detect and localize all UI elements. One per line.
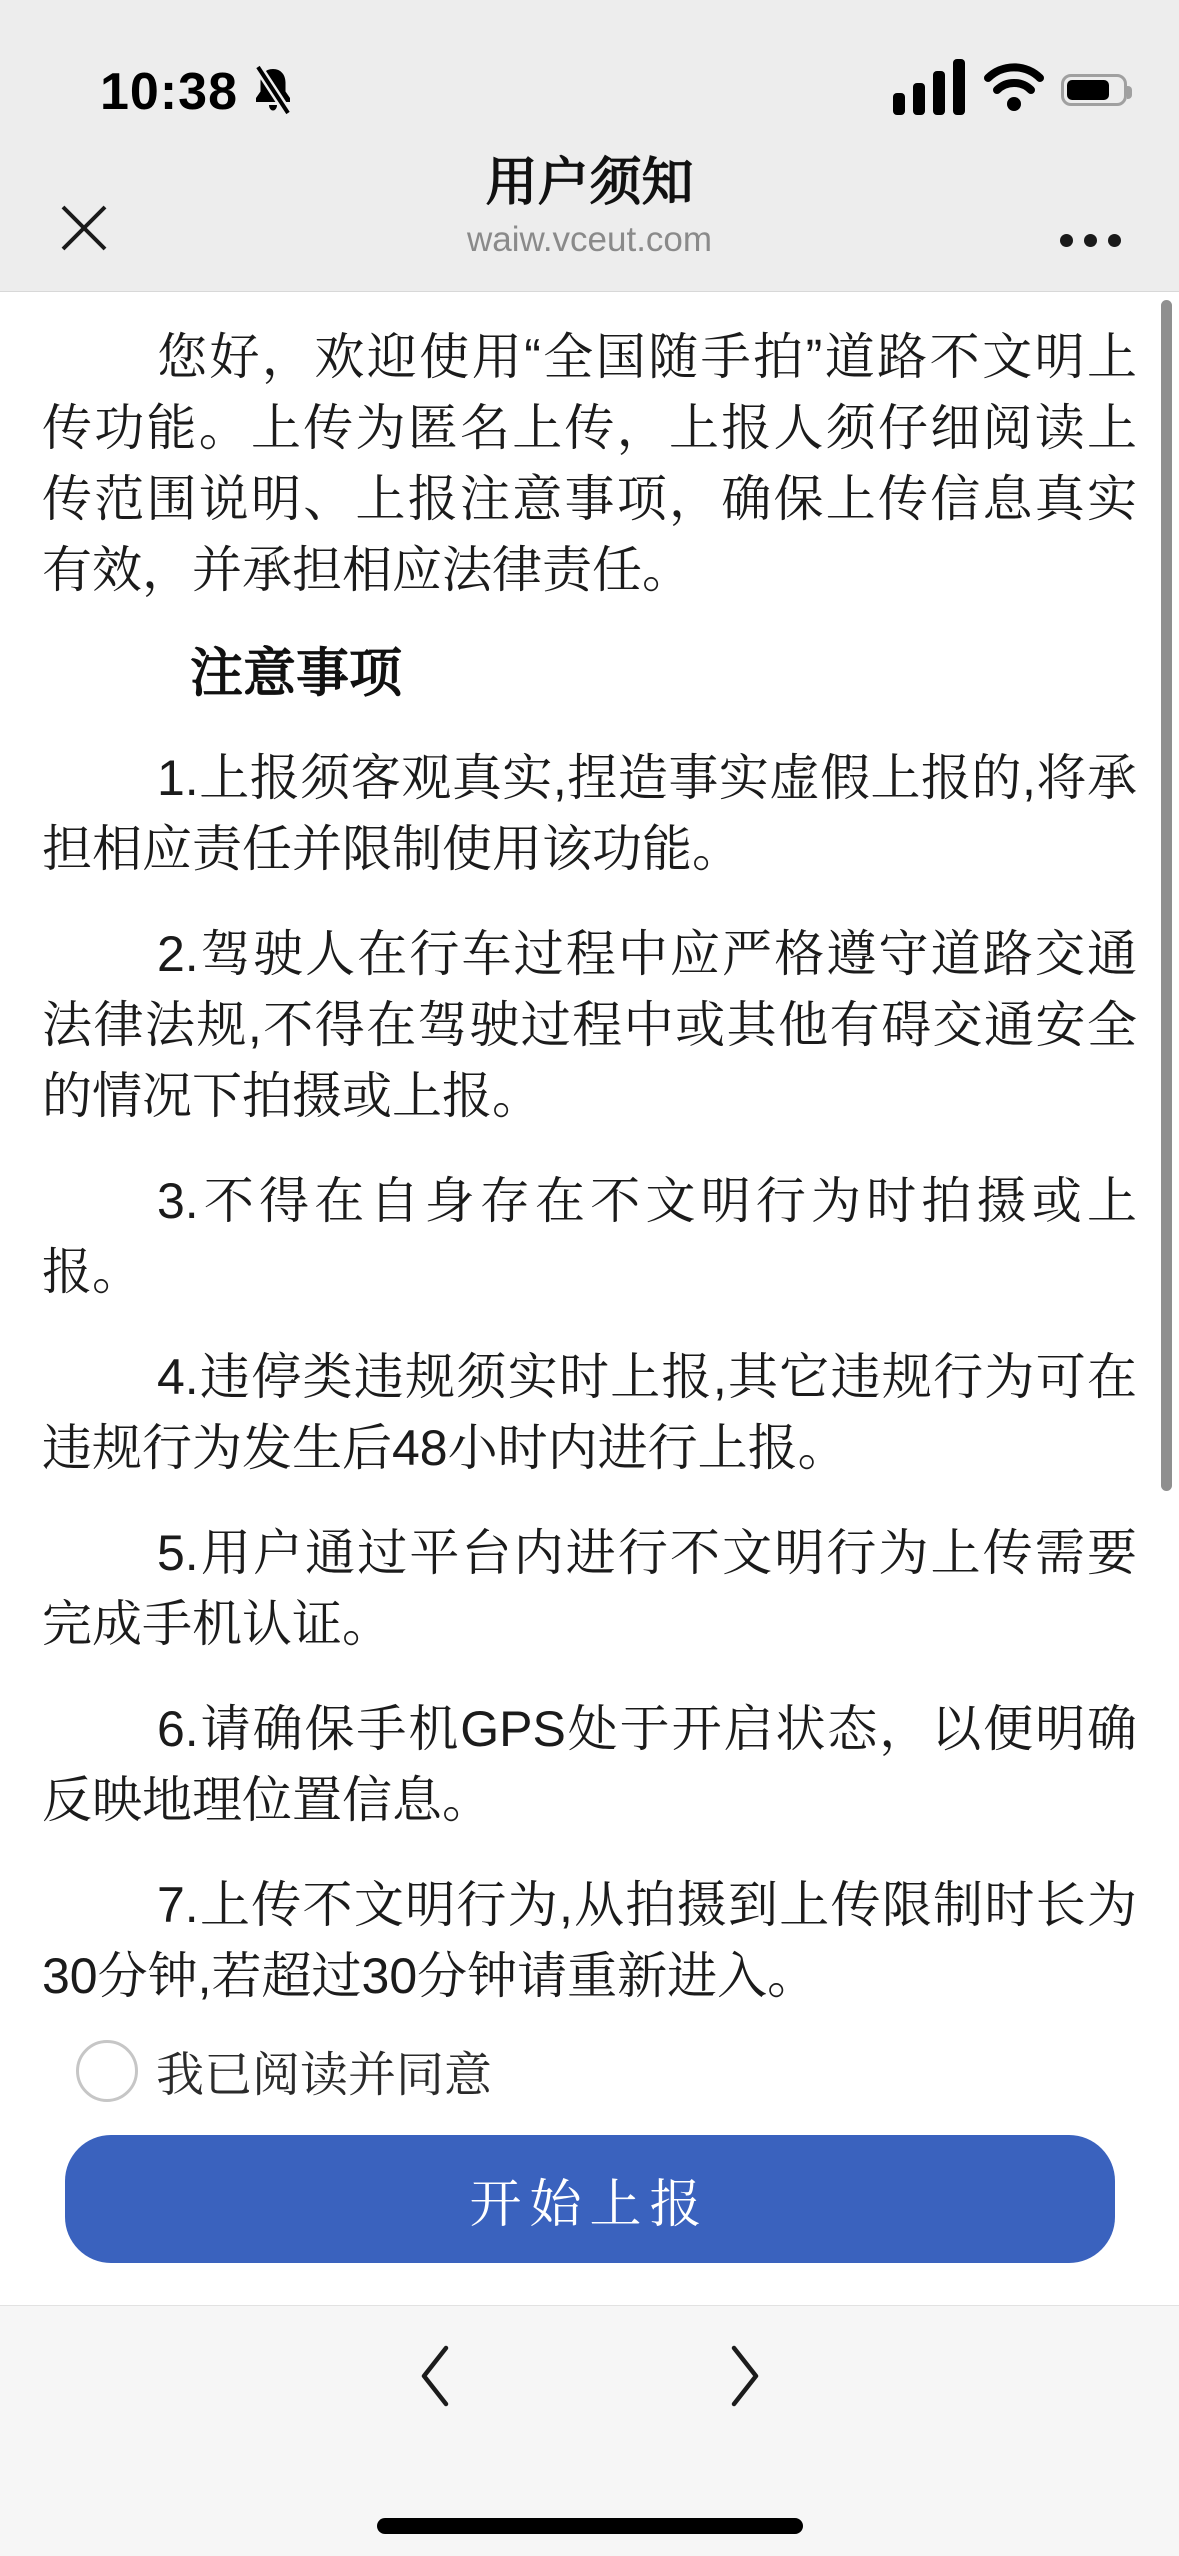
browser-header: 用户须知 waiw.vceut.com xyxy=(0,130,1179,292)
notice-item-4: 4.违停类违规须实时上报,其它违规行为可在违规行为发生后48小时内进行上报。 xyxy=(42,1342,1137,1484)
start-report-button[interactable]: 开始上报 xyxy=(65,2135,1115,2263)
battery-icon xyxy=(1061,74,1127,106)
notice-item-6: 6.请确保手机GPS处于开启状态，以便明确反映地理位置信息。 xyxy=(42,1694,1137,1836)
top-chrome: 10:38 xyxy=(0,0,1179,292)
browser-toolbar xyxy=(0,2305,1179,2556)
clock: 10:38 xyxy=(100,62,238,122)
agreement-row: 我已阅读并同意 xyxy=(76,2036,1179,2105)
cellular-signal-icon xyxy=(893,57,967,122)
page-url: waiw.vceut.com xyxy=(0,216,1179,264)
header-titles: 用户须知 waiw.vceut.com xyxy=(0,152,1179,264)
agree-checkbox[interactable] xyxy=(76,2040,138,2102)
wifi-icon xyxy=(983,63,1045,116)
bell-slash-icon xyxy=(250,65,296,120)
more-menu-button[interactable] xyxy=(1060,234,1121,247)
screen: 10:38 xyxy=(0,0,1179,2556)
notice-item-3: 3.不得在自身存在不文明行为时拍摄或上报。 xyxy=(42,1166,1137,1308)
chevron-right-icon xyxy=(727,2344,763,2408)
notice-item-5: 5.用户通过平台内进行不文明行为上传需要完成手机认证。 xyxy=(42,1518,1137,1660)
back-button[interactable] xyxy=(417,2344,453,2408)
notice-intro: 您好，欢迎使用“全国随手拍”道路不文明上传功能。上传为匿名上传，上报人须仔细阅读… xyxy=(42,322,1137,606)
page-title: 用户须知 xyxy=(0,152,1179,214)
scrollbar-thumb[interactable] xyxy=(1161,300,1172,1491)
notice-item-2: 2.驾驶人在行车过程中应严格遵守道路交通法律法规,不得在驾驶过程中或其他有碍交通… xyxy=(42,919,1137,1132)
chevron-left-icon xyxy=(417,2344,453,2408)
notice-item-7: 7.上传不文明行为,从拍摄到上传限制时长为30分钟,若超过30分钟请重新进入。 xyxy=(42,1870,1137,2012)
ellipsis-icon xyxy=(1060,234,1073,247)
forward-button[interactable] xyxy=(727,2344,763,2408)
agree-label: 我已阅读并同意 xyxy=(156,2036,492,2105)
status-bar: 10:38 xyxy=(0,0,1179,130)
notice-content: 您好，欢迎使用“全国随手拍”道路不文明上传功能。上传为匿名上传，上报人须仔细阅读… xyxy=(0,292,1179,2188)
agreement-panel: 我已阅读并同意 开始上报 xyxy=(0,2010,1179,2305)
home-indicator[interactable] xyxy=(377,2518,803,2534)
notice-section-title: 注意事项 xyxy=(190,638,1137,709)
notice-item-1: 1.上报须客观真实,捏造事实虚假上报的,将承担相应责任并限制使用该功能。 xyxy=(42,743,1137,885)
